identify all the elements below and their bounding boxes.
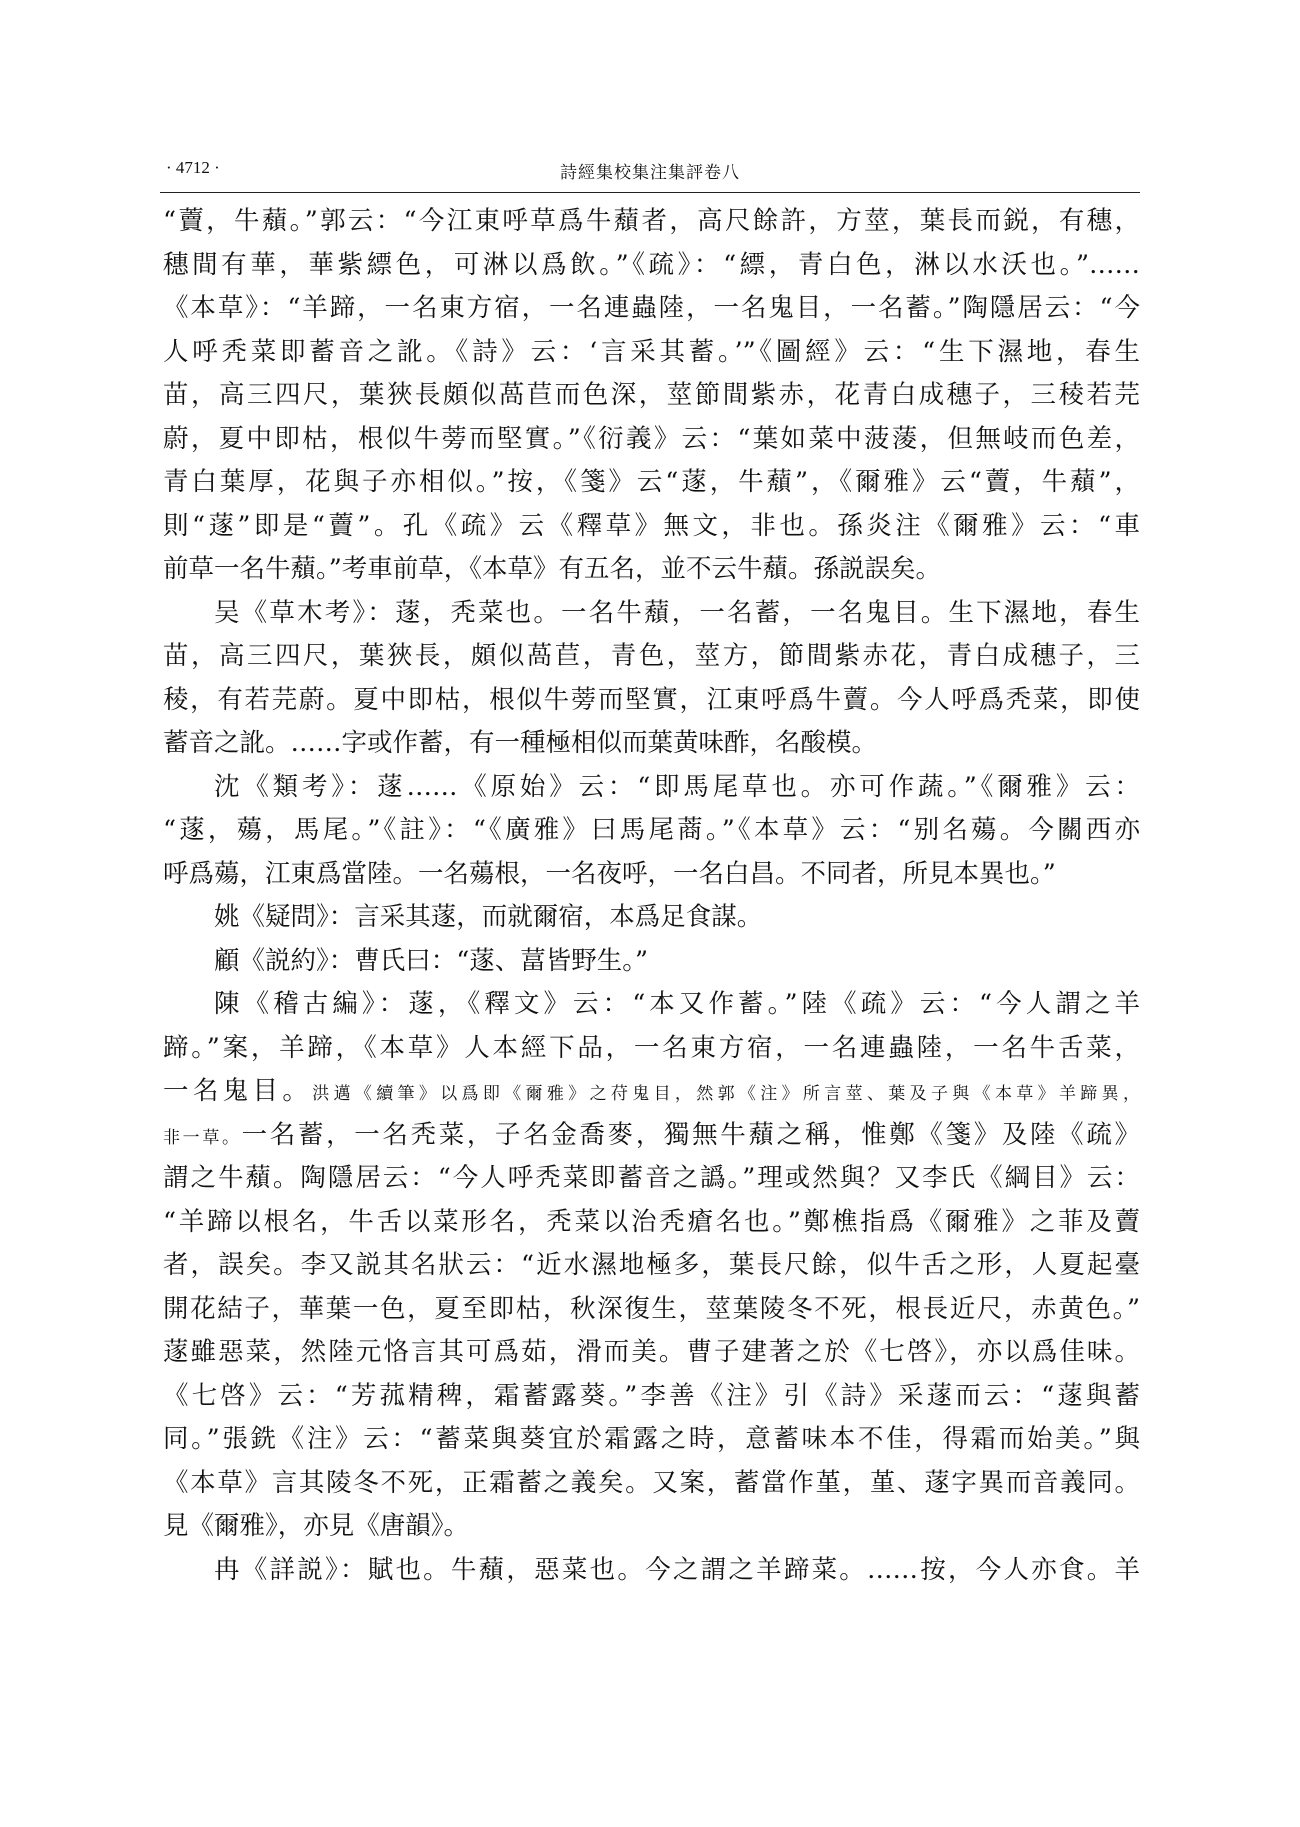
text-line: 陳《稽古編》：蓫，《釋文》云：“本又作蓄。”陸《疏》云：“今人謂之羊 [163, 983, 1140, 1027]
line-text: 蓫雖惡菜，然陸元恪言其可爲茹，滑而美。曹子建著之於《七啓》，亦以爲佳味。 [163, 1337, 1140, 1367]
line-text: 謂之牛蘈。陶隱居云：“今人呼秃菜即蓄音之譌。”理或然與？又李氏《綱目》云： [163, 1163, 1140, 1193]
text-line: 者，誤矣。李又説其名狀云：“近水濕地極多，葉長尺餘，似牛舌之形，人夏起臺 [163, 1244, 1140, 1288]
inline-note: 洪邁《續筆》以爲即《爾雅》之苻鬼目，然郭《注》所言莖、葉及子與《本草》羊蹄異， [312, 1084, 1140, 1104]
text-line: 前草一名牛蘈。”考車前草，《本草》有五名，並不云牛蘈。孫説誤矣。 [163, 548, 1140, 592]
text-line: 呼爲薚，江東爲當陸。一名薚根，一名夜呼，一名白昌。不同者，所見本異也。” [163, 853, 1140, 897]
text-line: “蓫，薚，馬尾。”《註》：“《廣雅》曰馬尾蔏。”《本草》云：“别名薚。今關西亦 [163, 809, 1140, 853]
text-line: 《本草》言其陵冬不死，正霜蓄之義矣。又案，蓄當作堇，堇、蓫字異而音義同。 [163, 1462, 1140, 1506]
line-text: 蓄音之訛。……字或作蓄，有一種極相似而葉黄味酢，名酸模。 [163, 728, 877, 758]
text-line: 蓫雖惡菜，然陸元恪言其可爲茹，滑而美。曹子建著之於《七啓》，亦以爲佳味。 [163, 1331, 1140, 1375]
text-line: 姚《疑問》：言采其蓫，而就爾宿，本爲足食謀。 [163, 896, 1140, 940]
line-text: 沈《類考》：蓫……《原始》云：“即馬尾草也。亦可作蔬。”《爾雅》云： [214, 772, 1140, 802]
text-line: 開花結子，華葉一色，夏至即枯，秋深復生，莖葉陵冬不死，根長近尺，赤黄色。” [163, 1288, 1140, 1332]
page-body: “藚，牛蘈。”郭云：“今江東呼草爲牛蘈者，高尺餘許，方莖，葉長而鋭，有穗，穗間有… [163, 200, 1140, 1592]
text-line: 苗，高三四尺，葉狹長，頗似萵苣，青色，莖方，節間紫赤花，青白成穗子，三 [163, 635, 1140, 679]
line-text: 苗，高三四尺，葉狹長頗似萵苣而色深，莖節間紫赤，花青白成穗子，三稜若芫 [163, 380, 1140, 410]
text-line: 冉《詳説》：賦也。牛蘈，惡菜也。今之謂之羊蹄菜。……按，今人亦食。羊 [163, 1549, 1140, 1593]
text-line: 沈《類考》：蓫……《原始》云：“即馬尾草也。亦可作蔬。”《爾雅》云： [163, 766, 1140, 810]
text-line: 《七啓》云：“芳菰精稗，霜蓄露葵。”李善《注》引《詩》采蓫而云：“蓫與蓄 [163, 1375, 1140, 1419]
line-text: 穗間有華，華紫縹色，可淋以爲飲。”《疏》：“縹，青白色，淋以水沃也。”…… [163, 250, 1140, 280]
line-text: “蓫，薚，馬尾。”《註》：“《廣雅》曰馬尾蔏。”《本草》云：“别名薚。今關西亦 [163, 815, 1140, 845]
line-text: 苗，高三四尺，葉狹長，頗似萵苣，青色，莖方，節間紫赤花，青白成穗子，三 [163, 641, 1140, 671]
inline-note: 非一草。 [163, 1128, 242, 1148]
line-text: 顧《説約》：曹氏曰：“蓫、葍皆野生。” [214, 946, 648, 976]
line-text: 開花結子，華葉一色，夏至即枯，秋深復生，莖葉陵冬不死，根長近尺，赤黄色。” [163, 1294, 1140, 1324]
text-line: 同。”張銑《注》云：“蓄菜與葵宜於霜露之時，意蓄味本不佳，得霜而始美。”與 [163, 1418, 1140, 1462]
line-text: 則“蓫”即是“藚”。孔《疏》云《釋草》無文，非也。孫炎注《爾雅》云：“車 [163, 511, 1140, 541]
text-line: 人呼秃菜即蓄音之訛。《詩》云：‘言采其蓄。’”《圖經》云：“生下濕地，春生 [163, 331, 1140, 375]
text-line: 青白葉厚，花與子亦相似。”按，《箋》云“蓫，牛蘈”，《爾雅》云“藚，牛蘈”， [163, 461, 1140, 505]
line-text: 《本草》：“羊蹄，一名東方宿，一名連蟲陸，一名鬼目，一名蓄。”陶隱居云：“今 [163, 293, 1140, 323]
line-text: 《本草》言其陵冬不死，正霜蓄之義矣。又案，蓄當作堇，堇、蓫字異而音義同。 [163, 1468, 1140, 1498]
text-line: 苗，高三四尺，葉狹長頗似萵苣而色深，莖節間紫赤，花青白成穗子，三稜若芫 [163, 374, 1140, 418]
text-line: 見《爾雅》，亦見《唐韻》。 [163, 1505, 1140, 1549]
line-text: 姚《疑問》：言采其蓫，而就爾宿，本爲足食謀。 [214, 902, 762, 932]
text-line: “羊蹄以根名，牛舌以菜形名，秃菜以治秃瘡名也。”鄭樵指爲《爾雅》之菲及藚 [163, 1201, 1140, 1245]
line-text: 吴《草木考》：蓫，秃菜也。一名牛蘈，一名蓄，一名鬼目。生下濕地，春生 [214, 598, 1140, 628]
text-line: 蓄音之訛。……字或作蓄，有一種極相似而葉黄味酢，名酸模。 [163, 722, 1140, 766]
line-text: “藚，牛蘈。”郭云：“今江東呼草爲牛蘈者，高尺餘許，方莖，葉長而鋭，有穗， [163, 206, 1140, 236]
text-line: 穗間有華，華紫縹色，可淋以爲飲。”《疏》：“縹，青白色，淋以水沃也。”…… [163, 244, 1140, 288]
line-text: “羊蹄以根名，牛舌以菜形名，秃菜以治秃瘡名也。”鄭樵指爲《爾雅》之菲及藚 [163, 1207, 1140, 1237]
text-line: 謂之牛蘈。陶隱居云：“今人呼秃菜即蓄音之譌。”理或然與？又李氏《綱目》云： [163, 1157, 1140, 1201]
line-text: 蹄。”案，羊蹄，《本草》人本經下品，一名東方宿，一名連蟲陸，一名牛舌菜， [163, 1033, 1140, 1063]
text-line: 則“蓫”即是“藚”。孔《疏》云《釋草》無文，非也。孫炎注《爾雅》云：“車 [163, 505, 1140, 549]
text-line: 蹄。”案，羊蹄，《本草》人本經下品，一名東方宿，一名連蟲陸，一名牛舌菜， [163, 1027, 1140, 1071]
text-line: 稜，有若芫蔚。夏中即枯，根似牛蒡而堅實，江東呼爲牛藚。今人呼爲秃菜，即使 [163, 679, 1140, 723]
line-text: 一名蓄，一名秃菜，子名金喬麥，獨無牛蘈之稱，惟鄭《箋》及陸《疏》 [242, 1120, 1140, 1150]
text-line: 非一草。一名蓄，一名秃菜，子名金喬麥，獨無牛蘈之稱，惟鄭《箋》及陸《疏》 [163, 1114, 1140, 1158]
text-line: 蔚，夏中即枯，根似牛蒡而堅實。”《衍義》云：“葉如菜中菠蔆，但無岐而色差， [163, 418, 1140, 462]
line-text: 同。”張銑《注》云：“蓄菜與葵宜於霜露之時，意蓄味本不佳，得霜而始美。”與 [163, 1424, 1140, 1454]
text-line: 一名鬼目。洪邁《續筆》以爲即《爾雅》之苻鬼目，然郭《注》所言莖、葉及子與《本草》… [163, 1070, 1140, 1114]
line-text: 稜，有若芫蔚。夏中即枯，根似牛蒡而堅實，江東呼爲牛藚。今人呼爲秃菜，即使 [163, 685, 1140, 715]
line-text: 《七啓》云：“芳菰精稗，霜蓄露葵。”李善《注》引《詩》采蓫而云：“蓫與蓄 [163, 1381, 1140, 1411]
text-line: “藚，牛蘈。”郭云：“今江東呼草爲牛蘈者，高尺餘許，方莖，葉長而鋭，有穗， [163, 200, 1140, 244]
line-text: 蔚，夏中即枯，根似牛蒡而堅實。”《衍義》云：“葉如菜中菠蔆，但無岐而色差， [163, 424, 1140, 454]
text-line: 顧《説約》：曹氏曰：“蓫、葍皆野生。” [163, 940, 1140, 984]
line-text: 一名鬼目。 [163, 1076, 312, 1106]
page-header: · 4712 · 詩經集校集注集評卷八 [160, 158, 1140, 193]
line-text: 青白葉厚，花與子亦相似。”按，《箋》云“蓫，牛蘈”，《爾雅》云“藚，牛蘈”， [163, 467, 1140, 497]
line-text: 者，誤矣。李又説其名狀云：“近水濕地極多，葉長尺餘，似牛舌之形，人夏起臺 [163, 1250, 1140, 1280]
line-text: 人呼秃菜即蓄音之訛。《詩》云：‘言采其蓄。’”《圖經》云：“生下濕地，春生 [163, 337, 1140, 367]
line-text: 呼爲薚，江東爲當陸。一名薚根，一名夜呼，一名白昌。不同者，所見本異也。” [163, 859, 1056, 889]
line-text: 見《爾雅》，亦見《唐韻》。 [163, 1511, 469, 1541]
running-title: 詩經集校集注集評卷八 [160, 158, 1140, 183]
line-text: 冉《詳説》：賦也。牛蘈，惡菜也。今之謂之羊蹄菜。……按，今人亦食。羊 [214, 1555, 1140, 1585]
line-text: 前草一名牛蘈。”考車前草，《本草》有五名，並不云牛蘈。孫説誤矣。 [163, 554, 941, 584]
text-line: 吴《草木考》：蓫，秃菜也。一名牛蘈，一名蓄，一名鬼目。生下濕地，春生 [163, 592, 1140, 636]
line-text: 陳《稽古編》：蓫，《釋文》云：“本又作蓄。”陸《疏》云：“今人謂之羊 [214, 989, 1140, 1019]
text-line: 《本草》：“羊蹄，一名東方宿，一名連蟲陸，一名鬼目，一名蓄。”陶隱居云：“今 [163, 287, 1140, 331]
